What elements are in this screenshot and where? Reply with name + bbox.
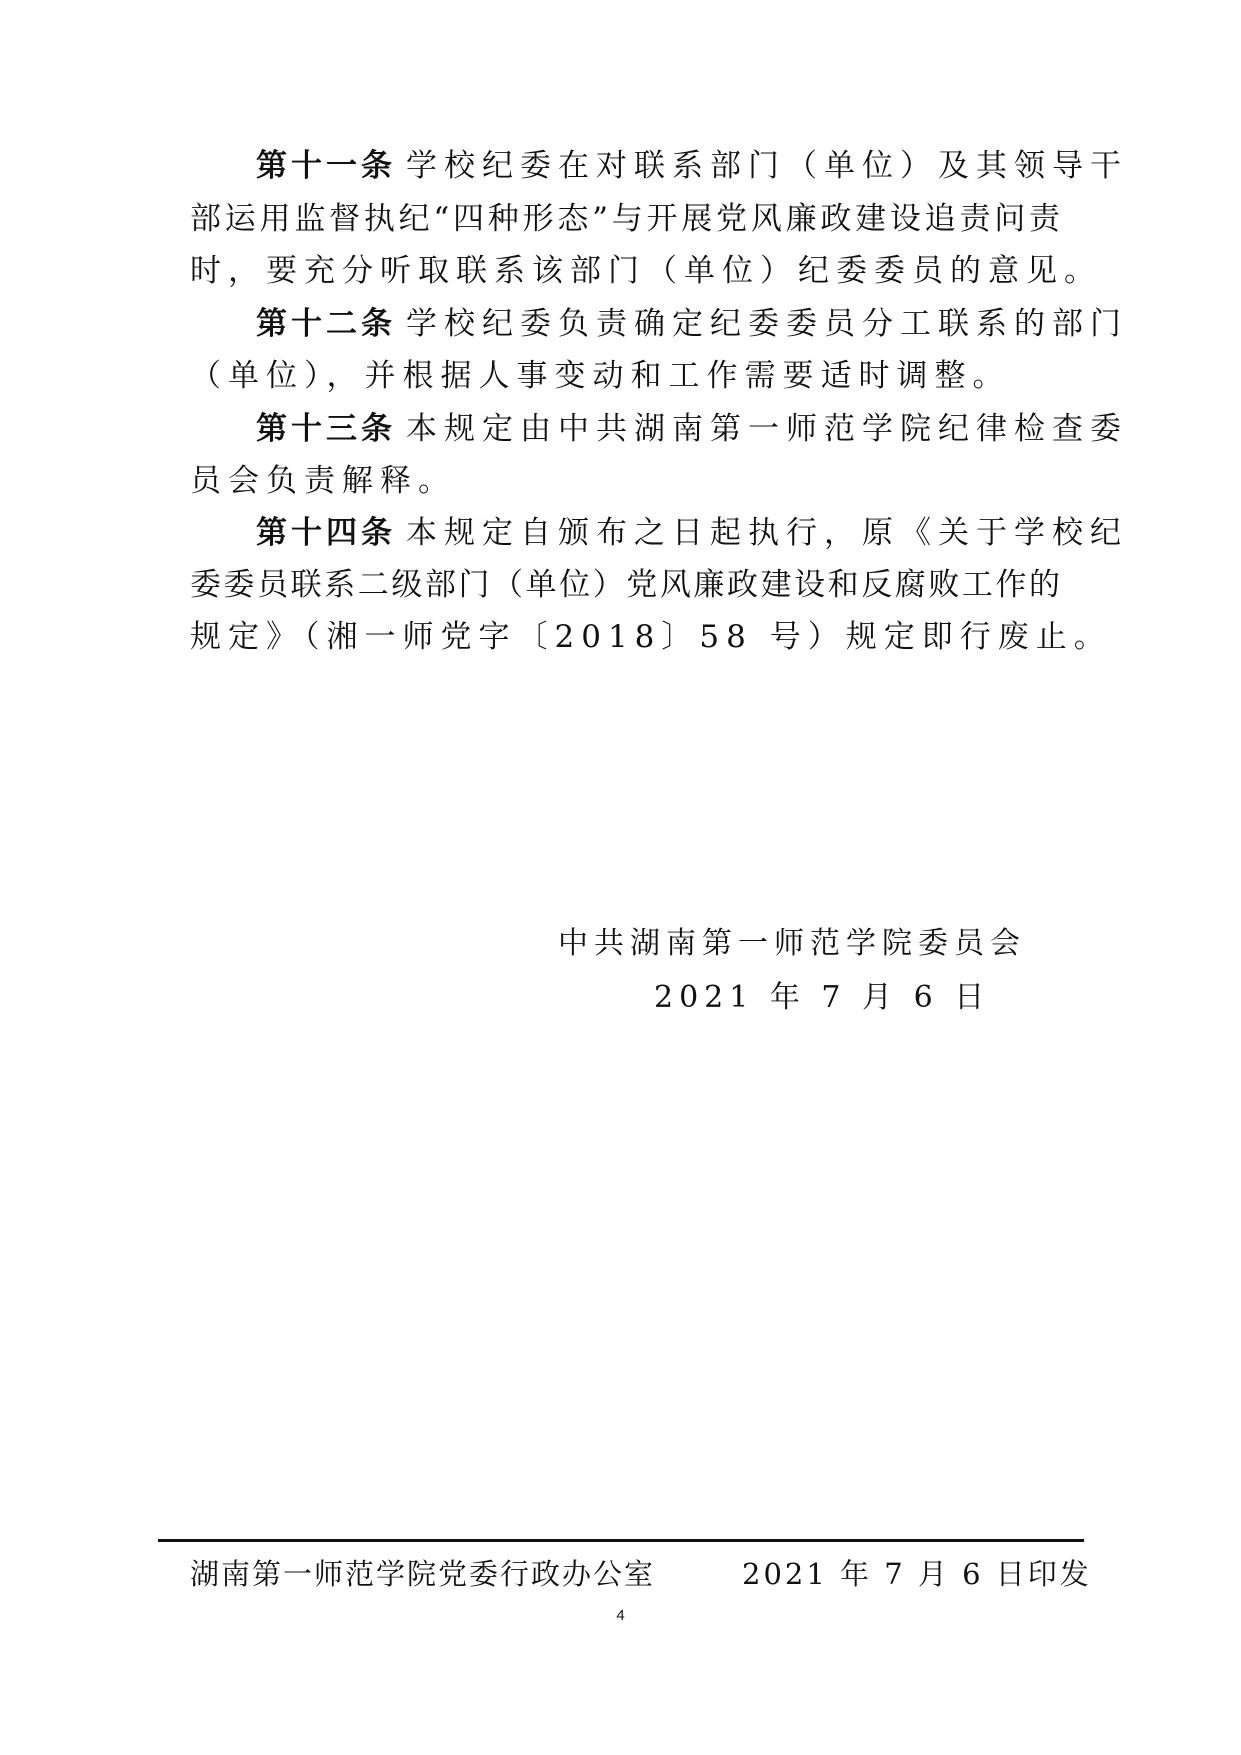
footer-divider	[158, 1539, 1084, 1542]
footer-issuer: 湖南第一师范学院党委行政办公室	[190, 1552, 655, 1593]
article-13-line-1: 第十三条本规定由中共湖南第一师范学院纪律检查委	[190, 403, 1060, 455]
article-11-text-1: 学校纪委在对联系部门（单位）及其领导干	[406, 148, 1128, 184]
article-11-line-3: 时，要充分听取联系该部门（单位）纪委委员的意见。	[190, 245, 1060, 297]
article-12-line-2: （单位），并根据人事变动和工作需要适时调整。	[190, 350, 1060, 402]
signature-organization: 中共湖南第一师范学院委员会	[558, 918, 1026, 962]
article-11-line-2: 部运用监督执纪“四种形态”与开展党风廉政建设追责问责	[190, 193, 1060, 245]
article-12-line-1: 第十二条学校纪委负责确定纪委委员分工联系的部门	[190, 298, 1060, 350]
signature-date: 2021 年 7 月 6 日	[654, 972, 990, 1016]
article-14-heading: 第十四条	[256, 515, 396, 551]
article-13-heading: 第十三条	[256, 411, 396, 447]
article-14-text-1: 本规定自颁布之日起执行，原《关于学校纪	[406, 515, 1128, 551]
page-number: 4	[0, 1607, 1241, 1624]
article-14-line-3: 规定》（湘一师党字〔2018〕58 号）规定即行废止。	[190, 611, 1060, 663]
article-13-line-2: 员会负责解释。	[190, 455, 1060, 507]
footer-issue-date: 2021 年 7 月 6 日印发	[742, 1552, 1092, 1593]
article-14-line-2: 委委员联系二级部门（单位）党风廉政建设和反腐败工作的	[190, 559, 1060, 611]
article-12-text-1: 学校纪委负责确定纪委委员分工联系的部门	[406, 306, 1128, 342]
article-11-line-1: 第十一条学校纪委在对联系部门（单位）及其领导干	[190, 140, 1060, 192]
article-14-line-1: 第十四条本规定自颁布之日起执行，原《关于学校纪	[190, 507, 1060, 559]
article-11-heading: 第十一条	[256, 148, 396, 184]
article-12-heading: 第十二条	[256, 306, 396, 342]
article-13-text-1: 本规定由中共湖南第一师范学院纪律检查委	[406, 411, 1128, 447]
